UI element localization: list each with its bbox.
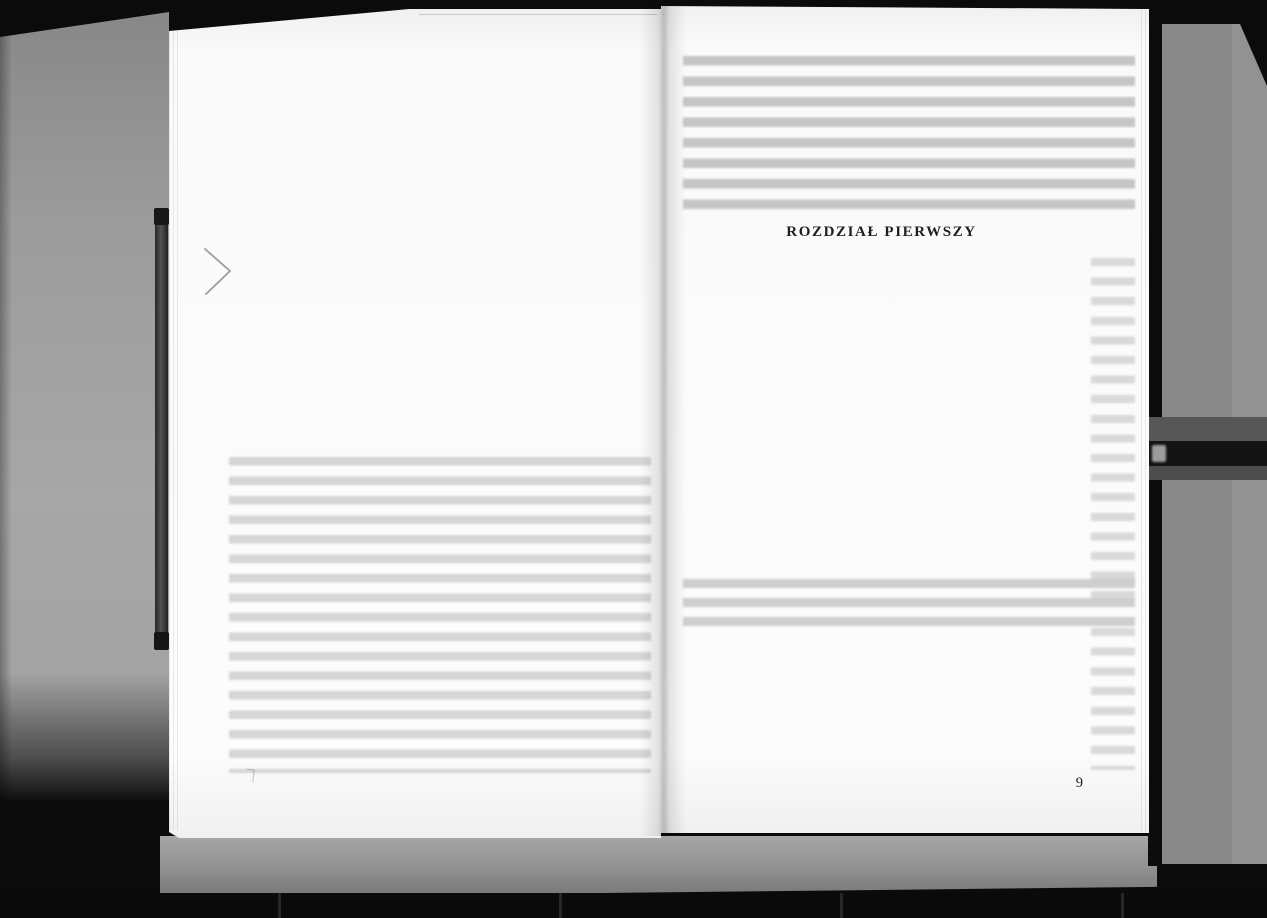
book-holder-rod [155,208,168,650]
pencil-tick-annotation [245,769,254,783]
page-stack-edges [1138,10,1149,831]
chapter-heading: ROZDZIAŁ PIERWSZY [680,223,1083,242]
panel-stripe-dark [1148,441,1267,466]
panel-stripe [1148,417,1267,441]
bleedthrough-text [1091,258,1135,598]
pencil-chevron-annotation [202,245,234,297]
panel-stripe [1148,466,1267,480]
bleedthrough-text [229,457,651,773]
book-rest-shelf [160,836,1157,898]
rod-cap [154,208,169,225]
page-top-edge-line [419,14,657,15]
bleedthrough-text [1091,628,1135,770]
page-stack-edges [169,29,181,830]
scanned-book-spread: penetrowała estetyka trwogi (rozdziały 1… [0,0,1267,918]
panel-edge-shadow [0,5,12,800]
left-page: penetrowała estetyka trwogi (rozdziały 1… [169,9,661,838]
bleedthrough-text [683,579,1135,627]
book-gutter-shadow [640,6,686,836]
right-page: ROZDZIAŁ PIERWSZY Początek i katastrofa.… [661,6,1149,833]
scanner-floor [0,893,1267,918]
page-number: 9 [680,775,1083,792]
bleedthrough-text [683,56,1135,218]
rod-cap [154,632,169,650]
scanner-side-panel-left [0,5,169,800]
stripe-highlight [1152,445,1166,462]
